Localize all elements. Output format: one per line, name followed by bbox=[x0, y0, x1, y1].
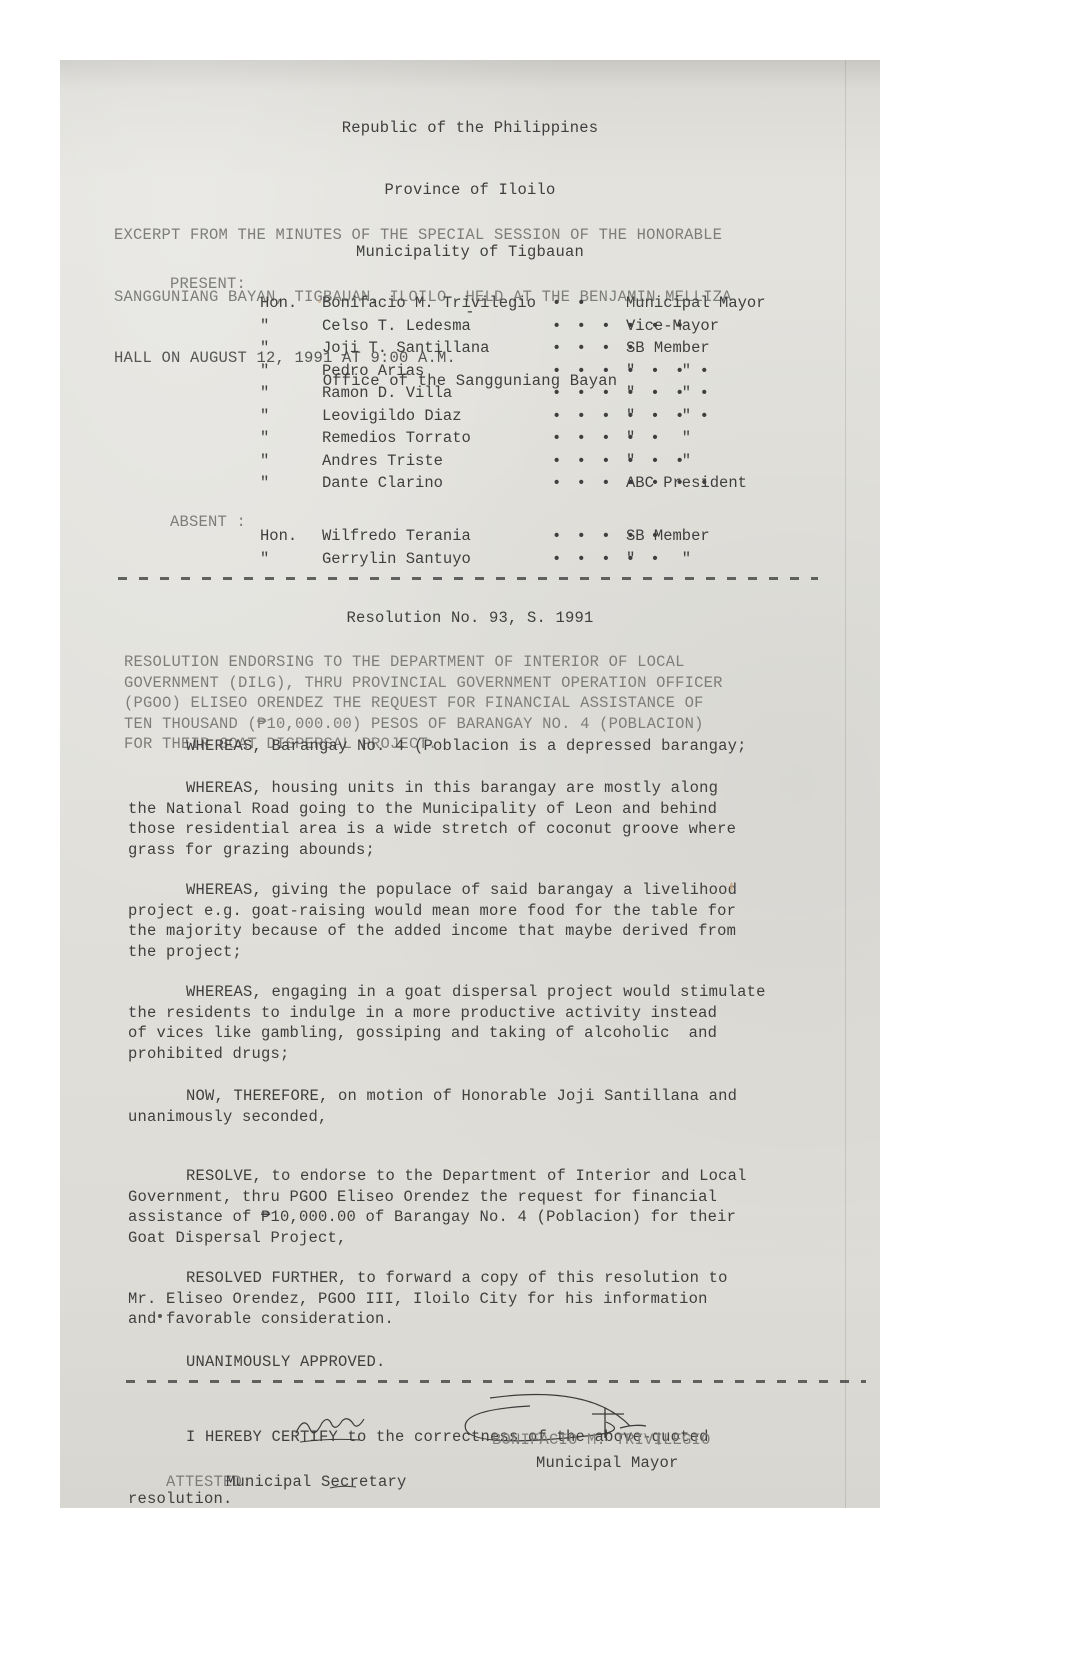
whereas-clause-4: WHEREAS, engaging in a goat dispersal pr… bbox=[128, 982, 766, 1064]
approval-statement: UNANIMOUSLY APPROVED. bbox=[128, 1352, 386, 1373]
member-name: Dante Clarino bbox=[322, 472, 552, 495]
mayor-name: BONIFACIO M. TRIVILEGIO bbox=[492, 1430, 711, 1452]
member-position: " " bbox=[626, 360, 846, 383]
member-position: " " bbox=[626, 427, 846, 450]
text-line: Mr. Eliseo Orendez, PGOO III, Iloilo Cit… bbox=[128, 1289, 728, 1310]
roster-row: "Joji T. Santillana• • • •SB Member bbox=[260, 337, 846, 360]
text-line: the residents to indulge in a more produ… bbox=[128, 1003, 766, 1024]
text-line: Government, thru PGOO Eliseo Orendez the… bbox=[128, 1187, 747, 1208]
member-name: Bonifacio M. Trivilegio bbox=[322, 292, 552, 315]
text-line: RESOLVE, to endorse to the Department of… bbox=[128, 1166, 747, 1187]
roster-row: "Andres Triste• • • • • •" " bbox=[260, 450, 846, 473]
present-label: PRESENT: bbox=[170, 274, 246, 296]
text-line: of vices like gambling, gossiping and ta… bbox=[128, 1023, 766, 1044]
member-name: Andres Triste bbox=[322, 450, 552, 473]
absent-label: ABSENT : bbox=[170, 512, 246, 534]
leader-dots: • • bbox=[552, 292, 626, 315]
text-line: RESOLUTION ENDORSING TO THE DEPARTMENT O… bbox=[124, 652, 723, 673]
text-line: WHEREAS, Barangay No. 4 (Poblacion is a … bbox=[128, 736, 747, 757]
document-photo: Republic of the Philippines Province of … bbox=[60, 60, 880, 1508]
leader-dots: • • • • • • • bbox=[552, 382, 626, 405]
leader-dots: • • • • • • • bbox=[552, 405, 626, 428]
member-position: Municipal Mayor bbox=[626, 292, 846, 315]
ink-speck bbox=[158, 1314, 162, 1318]
member-name: Leovigildo Diaz bbox=[322, 405, 552, 428]
member-position: Vice-Mayor bbox=[626, 315, 846, 338]
member-name: Gerrylin Santuyo bbox=[322, 548, 552, 571]
text-line: TEN THOUSAND (₱10,000.00) PESOS OF BARAN… bbox=[124, 714, 723, 735]
text-line: WHEREAS, engaging in a goat dispersal pr… bbox=[128, 982, 766, 1003]
roster-row: "Ramon D. Villa• • • • • • •" " bbox=[260, 382, 846, 405]
member-name: Wilfredo Terania bbox=[322, 525, 552, 548]
roster-row: "Celso T. Ledesma• • • • • •Vice-Mayor bbox=[260, 315, 846, 338]
whereas-clause-1: WHEREAS, Barangay No. 4 (Poblacion is a … bbox=[128, 736, 747, 757]
dashed-divider bbox=[118, 577, 818, 580]
roster-row: Hon.Bonifacio M. Trivilegio• •Municipal … bbox=[260, 292, 846, 315]
member-prefix: " bbox=[260, 548, 322, 571]
therefore-clause: NOW, THEREFORE, on motion of Honorable J… bbox=[128, 1086, 737, 1127]
member-name: Remedios Torrato bbox=[322, 427, 552, 450]
member-name: Celso T. Ledesma bbox=[322, 315, 552, 338]
text-line: those residential area is a wide stretch… bbox=[128, 819, 736, 840]
leader-dots: • • • • • • bbox=[552, 450, 626, 473]
member-prefix: " bbox=[260, 450, 322, 473]
roster-row: "Leovigildo Diaz• • • • • • •" " bbox=[260, 405, 846, 428]
roster-row: "Remedios Torrato• • • • •" " bbox=[260, 427, 846, 450]
absent-roster: Hon.Wilfredo Terania• • • • •SB Member"G… bbox=[260, 525, 846, 570]
resolve-clause: RESOLVE, to endorse to the Department of… bbox=[128, 1166, 747, 1248]
text-line: the National Road going to the Municipal… bbox=[128, 799, 736, 820]
roster-row: Hon.Wilfredo Terania• • • • •SB Member bbox=[260, 525, 846, 548]
member-position: SB Member bbox=[626, 525, 846, 548]
text-line: Goat Dispersal Project, bbox=[128, 1228, 747, 1249]
text-line: project e.g. goat-raising would mean mor… bbox=[128, 901, 737, 922]
secretary-title: Municipal Secretary bbox=[226, 1472, 407, 1494]
member-prefix: Hon. bbox=[260, 525, 322, 548]
roster-row: "Dante Clarino• • • • • • •ABC President bbox=[260, 472, 846, 495]
member-position: SB Member bbox=[626, 337, 846, 360]
dashed-divider bbox=[126, 1380, 866, 1383]
leader-dots: • • • • bbox=[552, 337, 626, 360]
text-line: and favorable consideration. bbox=[128, 1309, 728, 1330]
member-prefix: Hon. bbox=[260, 292, 322, 315]
member-position: " " bbox=[626, 548, 846, 571]
member-prefix: " bbox=[260, 405, 322, 428]
letterhead-republic: Republic of the Philippines bbox=[60, 119, 880, 138]
resolved-further-clause: RESOLVED FURTHER, to forward a copy of t… bbox=[128, 1268, 728, 1330]
member-prefix: " bbox=[260, 472, 322, 495]
text-line: WHEREAS, housing units in this barangay … bbox=[128, 778, 736, 799]
whereas-clause-2: WHEREAS, housing units in this barangay … bbox=[128, 778, 736, 860]
text-line: prohibited drugs; bbox=[128, 1044, 766, 1065]
roster-row: "Gerrylin Santuyo• • • • •" " bbox=[260, 548, 846, 571]
text-line: grass for grazing abounds; bbox=[128, 840, 736, 861]
text-line: NOW, THEREFORE, on motion of Honorable J… bbox=[128, 1086, 737, 1107]
leader-dots: • • • • • • • bbox=[552, 360, 626, 383]
resolution-number: Resolution No. 93, S. 1991 bbox=[60, 608, 880, 630]
member-position: ABC President bbox=[626, 472, 846, 495]
text-line: GOVERNMENT (DILG), THRU PROVINCIAL GOVER… bbox=[124, 673, 723, 694]
member-prefix: " bbox=[260, 427, 322, 450]
text-line: the majority because of the added income… bbox=[128, 921, 737, 942]
leader-dots: • • • • • bbox=[552, 548, 626, 571]
text-line: assistance of ₱10,000.00 of Barangay No.… bbox=[128, 1207, 747, 1228]
whereas-clause-3: WHEREAS, giving the populace of said bar… bbox=[128, 880, 737, 962]
excerpt-line: EXCERPT FROM THE MINUTES OF THE SPECIAL … bbox=[114, 225, 732, 246]
member-position: " " bbox=[626, 405, 846, 428]
leader-dots: • • • • • • bbox=[552, 315, 626, 338]
member-name: Ramon D. Villa bbox=[322, 382, 552, 405]
text-line: RESOLVED FURTHER, to forward a copy of t… bbox=[128, 1268, 728, 1289]
member-position: " " bbox=[626, 450, 846, 473]
text-line: unanimously seconded, bbox=[128, 1107, 737, 1128]
stain-speck bbox=[318, 300, 321, 303]
leader-dots: • • • • • bbox=[552, 525, 626, 548]
roster-row: "Pedro Arias• • • • • • •" " bbox=[260, 360, 846, 383]
text-line: (PGOO) ELISEO ORENDEZ THE REQUEST FOR FI… bbox=[124, 693, 723, 714]
member-prefix: " bbox=[260, 382, 322, 405]
leader-dots: • • • • • bbox=[552, 427, 626, 450]
text-line: the project; bbox=[128, 942, 737, 963]
member-name: Pedro Arias bbox=[322, 360, 552, 383]
member-prefix: " bbox=[260, 315, 322, 338]
leader-dots: • • • • • • • bbox=[552, 472, 626, 495]
text-line: WHEREAS, giving the populace of said bar… bbox=[128, 880, 737, 901]
present-roster: Hon.Bonifacio M. Trivilegio• •Municipal … bbox=[260, 292, 846, 495]
member-prefix: " bbox=[260, 360, 322, 383]
stain-speck bbox=[730, 882, 733, 891]
member-position: " " bbox=[626, 382, 846, 405]
member-name: Joji T. Santillana bbox=[322, 337, 552, 360]
mayor-title: Municipal Mayor bbox=[536, 1453, 679, 1475]
member-prefix: " bbox=[260, 337, 322, 360]
